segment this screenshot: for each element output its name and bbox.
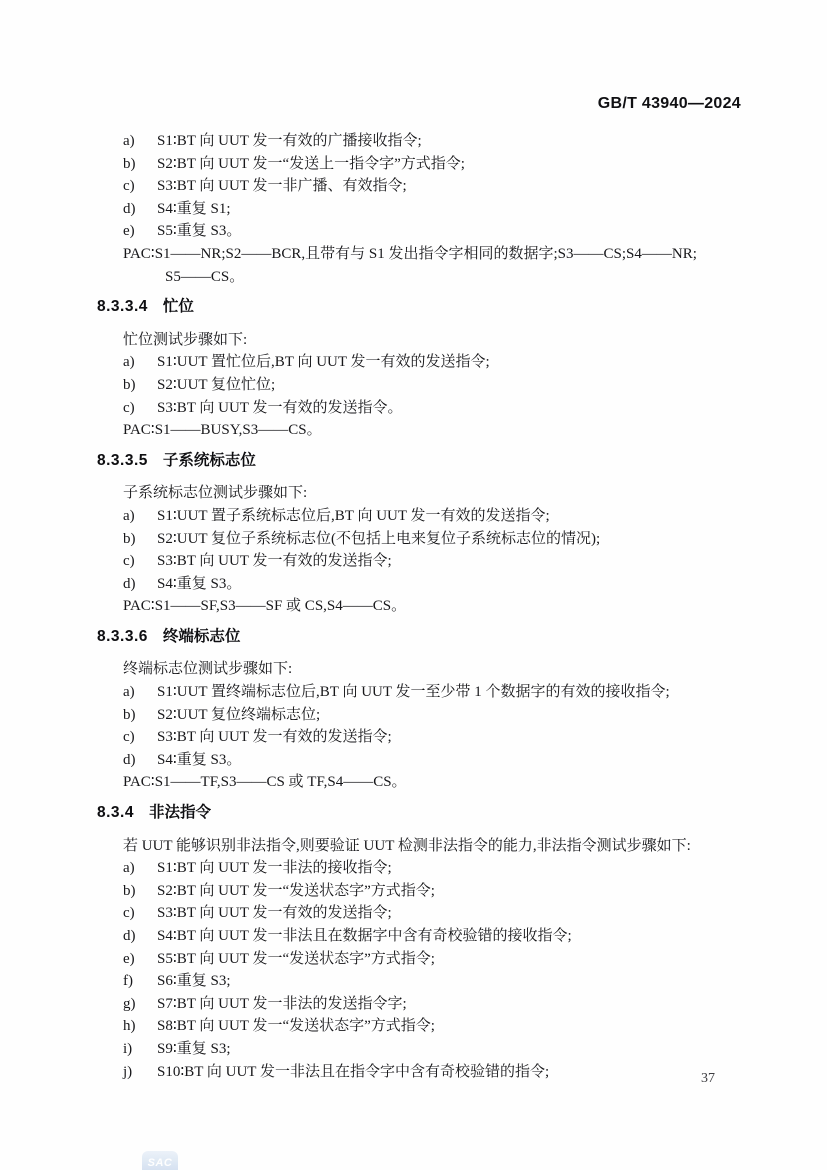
section-intro: 忙位测试步骤如下: — [97, 329, 752, 352]
list-item-text: S6∶重复 S3; — [157, 970, 231, 993]
list-item-text: S8∶BT 向 UUT 发一“发送状态字”方式指令; — [157, 1015, 435, 1038]
list-item: c)S3∶BT 向 UUT 发一有效的发送指令; — [97, 726, 752, 749]
list-item: b)S2∶UUT 复位忙位; — [97, 374, 752, 397]
list-item: a)S1∶BT 向 UUT 发一非法的接收指令; — [97, 857, 752, 880]
list-item: d)S4∶重复 S1; — [97, 198, 752, 221]
section-heading: 8.3.3.4忙位 — [97, 296, 752, 319]
pac-line: PAC∶S1——NR;S2——BCR,且带有与 S1 发出指令字相同的数据字;S… — [97, 243, 752, 266]
list-item: i)S9∶重复 S3; — [97, 1038, 752, 1061]
list-marker: e) — [123, 948, 157, 971]
list-item: d)S4∶重复 S3。 — [97, 573, 752, 596]
list-marker: i) — [123, 1038, 157, 1061]
list-item-text: S4∶重复 S1; — [157, 198, 231, 221]
list-item-text: S1∶UUT 置终端标志位后,BT 向 UUT 发一至少带 1 个数据字的有效的… — [157, 681, 670, 704]
section: a)S1∶BT 向 UUT 发一有效的广播接收指令;b)S2∶BT 向 UUT … — [97, 130, 752, 288]
sac-logo-watermark: SAC — [142, 1151, 178, 1170]
list-item-text: S1∶BT 向 UUT 发一有效的广播接收指令; — [157, 130, 422, 153]
section: 8.3.4非法指令若 UUT 能够识别非法指令,则要验证 UUT 检测非法指令的… — [97, 802, 752, 1083]
list-item: g)S7∶BT 向 UUT 发一非法的发送指令字; — [97, 993, 752, 1016]
list-item: a)S1∶UUT 置终端标志位后,BT 向 UUT 发一至少带 1 个数据字的有… — [97, 681, 752, 704]
list-item: a)S1∶UUT 置子系统标志位后,BT 向 UUT 发一有效的发送指令; — [97, 505, 752, 528]
list-item-text: S3∶BT 向 UUT 发一有效的发送指令; — [157, 550, 392, 573]
list-item: c)S3∶BT 向 UUT 发一有效的发送指令; — [97, 550, 752, 573]
list-marker: d) — [123, 925, 157, 948]
list-marker: g) — [123, 993, 157, 1016]
section-intro: 若 UUT 能够识别非法指令,则要验证 UUT 检测非法指令的能力,非法指令测试… — [97, 835, 752, 858]
list-marker: a) — [123, 130, 157, 153]
list-item-text: S3∶BT 向 UUT 发一有效的发送指令; — [157, 726, 392, 749]
list-item: a)S1∶BT 向 UUT 发一有效的广播接收指令; — [97, 130, 752, 153]
section-intro: 子系统标志位测试步骤如下: — [97, 482, 752, 505]
section: 8.3.3.4忙位忙位测试步骤如下:a)S1∶UUT 置忙位后,BT 向 UUT… — [97, 296, 752, 442]
list-item: e)S5∶BT 向 UUT 发一“发送状态字”方式指令; — [97, 948, 752, 971]
list-item: b)S2∶UUT 复位子系统标志位(不包括上电来复位子系统标志位的情况); — [97, 528, 752, 551]
section: 8.3.3.5子系统标志位子系统标志位测试步骤如下:a)S1∶UUT 置子系统标… — [97, 450, 752, 618]
section-number: 8.3.4 — [97, 804, 134, 821]
section-title: 非法指令 — [149, 804, 211, 821]
pac-line: S5——CS。 — [97, 266, 752, 289]
list-marker: c) — [123, 175, 157, 198]
list-marker: j) — [123, 1061, 157, 1084]
list-item: a)S1∶UUT 置忙位后,BT 向 UUT 发一有效的发送指令; — [97, 351, 752, 374]
list-item: d)S4∶重复 S3。 — [97, 749, 752, 772]
list-item-text: S2∶UUT 复位忙位; — [157, 374, 275, 397]
pac-line: PAC∶S1——SF,S3——SF 或 CS,S4——CS。 — [97, 595, 752, 618]
list-item-text: S1∶UUT 置忙位后,BT 向 UUT 发一有效的发送指令; — [157, 351, 490, 374]
list-marker: d) — [123, 198, 157, 221]
list-marker: b) — [123, 704, 157, 727]
section-title: 子系统标志位 — [163, 452, 256, 469]
list-item-text: S1∶UUT 置子系统标志位后,BT 向 UUT 发一有效的发送指令; — [157, 505, 550, 528]
list-item-text: S1∶BT 向 UUT 发一非法的接收指令; — [157, 857, 392, 880]
section-intro: 终端标志位测试步骤如下: — [97, 658, 752, 681]
list-marker: h) — [123, 1015, 157, 1038]
pac-line: PAC∶S1——TF,S3——CS 或 TF,S4——CS。 — [97, 771, 752, 794]
list-marker: a) — [123, 857, 157, 880]
list-item: c)S3∶BT 向 UUT 发一有效的发送指令; — [97, 902, 752, 925]
list-marker: a) — [123, 505, 157, 528]
section-number: 8.3.3.6 — [97, 628, 148, 645]
list-item-text: S4∶重复 S3。 — [157, 749, 241, 772]
list-item: b)S2∶BT 向 UUT 发一“发送状态字”方式指令; — [97, 880, 752, 903]
list-marker: b) — [123, 153, 157, 176]
list-item-text: S2∶BT 向 UUT 发一“发送上一指令字”方式指令; — [157, 153, 465, 176]
section-number: 8.3.3.5 — [97, 452, 148, 469]
list-item-text: S10∶BT 向 UUT 发一非法且在指令字中含有奇校验错的指令; — [157, 1061, 549, 1084]
list-marker: c) — [123, 397, 157, 420]
list-item-text: S9∶重复 S3; — [157, 1038, 231, 1061]
list-item: d)S4∶BT 向 UUT 发一非法且在数据字中含有奇校验错的接收指令; — [97, 925, 752, 948]
pac-line: PAC∶S1——BUSY,S3——CS。 — [97, 419, 752, 442]
list-marker: c) — [123, 550, 157, 573]
list-marker: d) — [123, 573, 157, 596]
list-item-text: S7∶BT 向 UUT 发一非法的发送指令字; — [157, 993, 407, 1016]
list-item-text: S2∶UUT 复位子系统标志位(不包括上电来复位子系统标志位的情况); — [157, 528, 600, 551]
section-heading: 8.3.3.5子系统标志位 — [97, 450, 752, 473]
list-item-text: S3∶BT 向 UUT 发一有效的发送指令。 — [157, 397, 402, 420]
section-title: 忙位 — [163, 298, 194, 315]
list-item: b)S2∶BT 向 UUT 发一“发送上一指令字”方式指令; — [97, 153, 752, 176]
list-item-text: S3∶BT 向 UUT 发一非广播、有效指令; — [157, 175, 407, 198]
content: a)S1∶BT 向 UUT 发一有效的广播接收指令;b)S2∶BT 向 UUT … — [97, 130, 752, 1083]
list-item-text: S5∶BT 向 UUT 发一“发送状态字”方式指令; — [157, 948, 435, 971]
list-marker: a) — [123, 681, 157, 704]
document-page: GB/T 43940—2024 a)S1∶BT 向 UUT 发一有效的广播接收指… — [0, 0, 827, 1170]
list-item-text: S3∶BT 向 UUT 发一有效的发送指令; — [157, 902, 392, 925]
list-marker: b) — [123, 528, 157, 551]
section-heading: 8.3.3.6终端标志位 — [97, 626, 752, 649]
list-marker: c) — [123, 902, 157, 925]
list-item-text: S4∶重复 S3。 — [157, 573, 241, 596]
list-item: c)S3∶BT 向 UUT 发一非广播、有效指令; — [97, 175, 752, 198]
list-item: c)S3∶BT 向 UUT 发一有效的发送指令。 — [97, 397, 752, 420]
list-marker: c) — [123, 726, 157, 749]
list-item: e)S5∶重复 S3。 — [97, 220, 752, 243]
list-marker: b) — [123, 880, 157, 903]
list-marker: d) — [123, 749, 157, 772]
list-item: f)S6∶重复 S3; — [97, 970, 752, 993]
list-item: j)S10∶BT 向 UUT 发一非法且在指令字中含有奇校验错的指令; — [97, 1061, 752, 1084]
section-heading: 8.3.4非法指令 — [97, 802, 752, 825]
list-marker: b) — [123, 374, 157, 397]
standard-number-header: GB/T 43940—2024 — [97, 95, 741, 113]
section: 8.3.3.6终端标志位终端标志位测试步骤如下:a)S1∶UUT 置终端标志位后… — [97, 626, 752, 794]
list-item-text: S5∶重复 S3。 — [157, 220, 241, 243]
list-marker: f) — [123, 970, 157, 993]
list-marker: e) — [123, 220, 157, 243]
list-marker: a) — [123, 351, 157, 374]
section-number: 8.3.3.4 — [97, 298, 148, 315]
list-item-text: S2∶BT 向 UUT 发一“发送状态字”方式指令; — [157, 880, 435, 903]
list-item-text: S2∶UUT 复位终端标志位; — [157, 704, 320, 727]
list-item-text: S4∶BT 向 UUT 发一非法且在数据字中含有奇校验错的接收指令; — [157, 925, 572, 948]
page-number: 37 — [701, 1071, 715, 1087]
section-title: 终端标志位 — [163, 628, 241, 645]
list-item: h)S8∶BT 向 UUT 发一“发送状态字”方式指令; — [97, 1015, 752, 1038]
list-item: b)S2∶UUT 复位终端标志位; — [97, 704, 752, 727]
